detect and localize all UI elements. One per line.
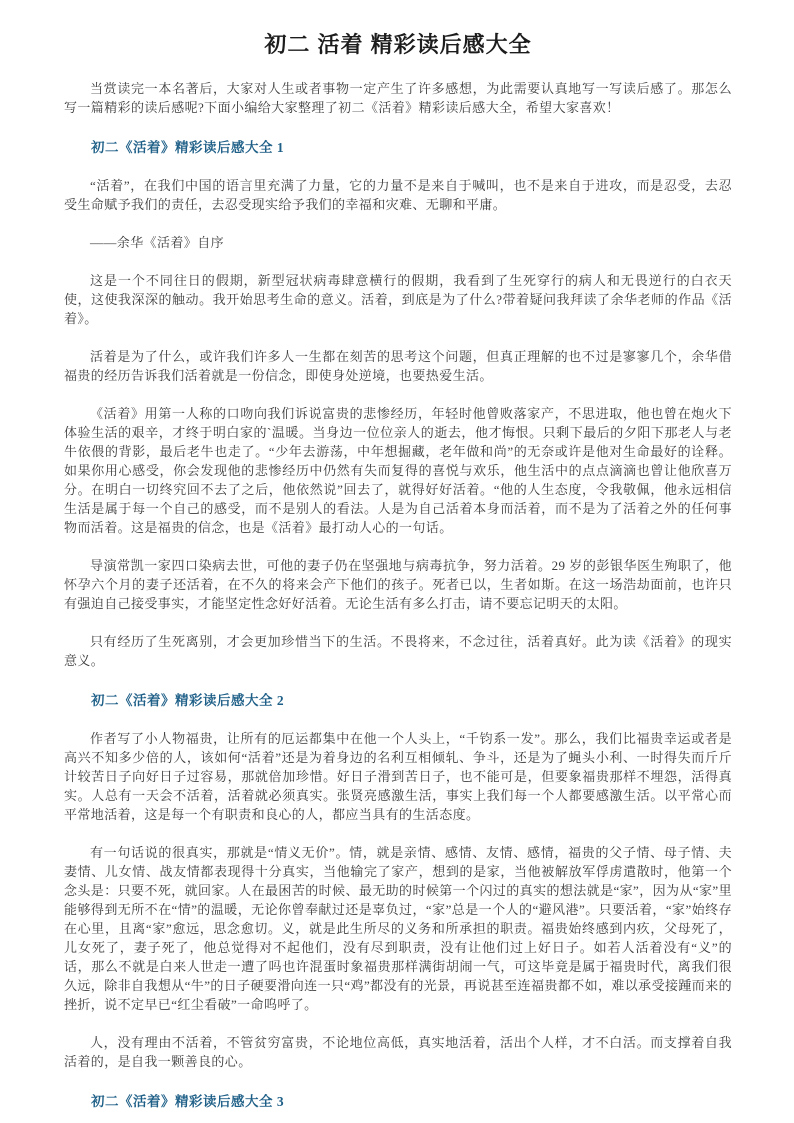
paragraph: 《活着》用第一人称的口吻向我们诉说富贵的悲惨经历，年轻时他曾败落家产，不思进取，… xyxy=(64,404,732,537)
paragraph: 有一句话说的很真实，那就是“情义无价”。情，就是亲情、感情、友情、感情，福贵的父… xyxy=(64,843,732,1014)
page-title: 初二 活着 精彩读后感大全 xyxy=(64,30,732,60)
paragraph: ——余华《活着》自序 xyxy=(64,233,732,252)
paragraph: 当赏读完一本名著后，大家对人生或者事物一定产生了许多感想，为此需要认真地写一写读… xyxy=(64,79,732,117)
section-heading: 初二《活着》精彩读后感大全 2 xyxy=(64,691,732,710)
paragraph: “活着”，在我们中国的语言里充满了力量，它的力量不是来自于喊叫，也不是来自于进攻… xyxy=(64,176,732,214)
paragraph: 只有经历了生死离别，才会更加珍惜当下的生活。不畏将来，不念过往，活着真好。此为读… xyxy=(64,632,732,670)
section-heading: 初二《活着》精彩读后感大全 1 xyxy=(64,138,732,157)
paragraph: 作者写了小人物福贵，让所有的厄运都集中在他一个人头上，“千钧系一发”。那么，我们… xyxy=(64,729,732,824)
document-page: 初二 活着 精彩读后感大全 当赏读完一本名著后，大家对人生或者事物一定产生了许多… xyxy=(0,0,794,1123)
section-heading: 初二《活着》精彩读后感大全 3 xyxy=(64,1092,732,1111)
paragraph: 活着是为了什么，或许我们许多人一生都在刻苦的思考这个问题，但真正理解的也不过是寥… xyxy=(64,347,732,385)
paragraph: 这是一个不同往日的假期，新型冠状病毒肆意横行的假期，我看到了生死穿行的病人和无畏… xyxy=(64,271,732,328)
paragraph: 导演常凯一家四口染病去世，可他的妻子仍在坚强地与病毒抗争，努力活着。29 岁的彭… xyxy=(64,556,732,613)
document-body: 当赏读完一本名著后，大家对人生或者事物一定产生了许多感想，为此需要认真地写一写读… xyxy=(64,79,732,1111)
paragraph: 人，没有理由不活着，不管贫穷富贵，不论地位高低，真实地活着，活出个人样，才不白活… xyxy=(64,1033,732,1071)
